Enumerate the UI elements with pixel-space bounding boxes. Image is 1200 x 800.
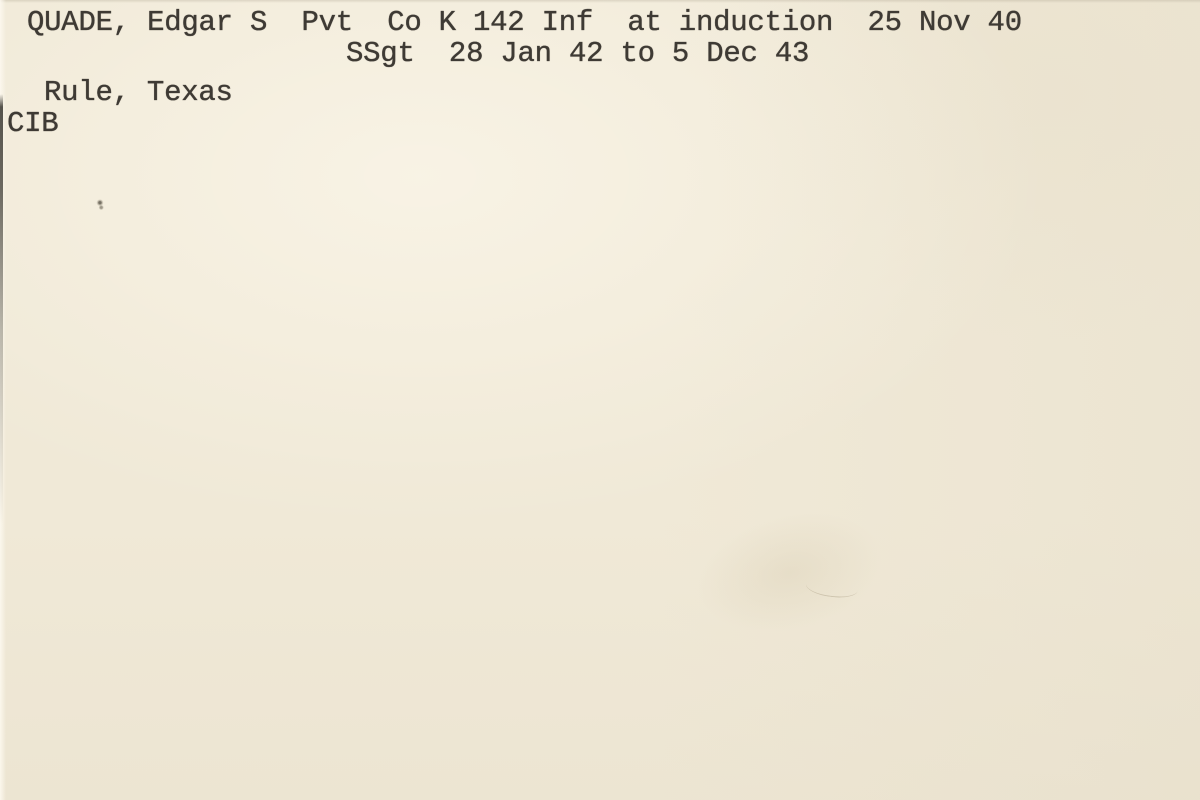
paper-stain (684, 494, 896, 652)
typed-line-award: CIB (7, 109, 58, 138)
service-record-index-card: QUADE, Edgar S Pvt Co K 142 Inf at induc… (0, 0, 1200, 800)
scan-left-edge-line (0, 94, 3, 524)
paper-speck (95, 198, 106, 211)
typed-line-name-rank-unit: QUADE, Edgar S Pvt Co K 142 Inf at induc… (27, 8, 1022, 37)
typed-line-promotion-dates: SSgt 28 Jan 42 to 5 Dec 43 (346, 39, 809, 68)
scan-top-edge-shadow (0, 0, 1200, 3)
typed-line-residence: Rule, Texas (44, 78, 233, 107)
